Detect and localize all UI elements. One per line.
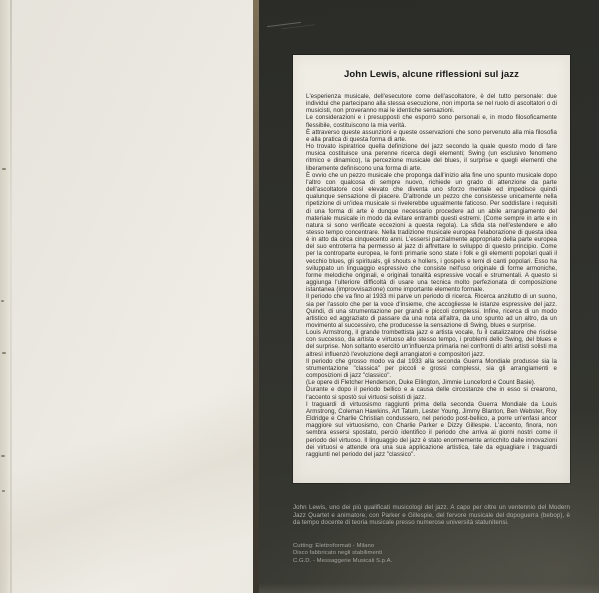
liner-notes-panel: John Lewis, alcune riflessioni sul jazz …	[293, 55, 570, 483]
gatefold-blank-page	[0, 0, 253, 593]
credit-line: Cutting: Elettroformati - Milano	[293, 543, 570, 550]
liner-notes-paragraph: Le considerazioni e i presupposti che es…	[306, 114, 557, 128]
liner-notes-body: L'esperienza musicale, dell'esecutore co…	[306, 93, 557, 458]
cover-bottom-highlight	[259, 583, 599, 593]
liner-notes-paragraph: È attraverso queste assunzioni e queste …	[306, 129, 557, 143]
cover-scratch-mark	[267, 22, 301, 27]
page-edge-marks	[2, 168, 6, 170]
page-light-sheen	[0, 330, 253, 593]
production-credits: Cutting: Elettroformati - MilanoDisco fa…	[293, 543, 570, 565]
liner-notes-title: John Lewis, alcune riflessioni sul jazz	[306, 69, 557, 80]
page-edge-marks	[1, 300, 4, 302]
album-back-cover-photo: John Lewis, alcune riflessioni sul jazz …	[0, 0, 599, 593]
liner-notes-paragraph: È ovvio che un pezzo musicale che propon…	[306, 172, 557, 294]
page-edge-marks	[2, 352, 6, 354]
liner-notes-paragraph: Il periodo che grosso modo va dal 1933 a…	[306, 358, 557, 379]
liner-notes-paragraph: I traguardi di virtuosismo raggiunti pri…	[306, 401, 557, 458]
author-bio-text: John Lewis, uno dei più qualificati musi…	[293, 504, 570, 527]
credit-line: C.G.D. - Messaggerie Musicali S.p.A.	[293, 558, 570, 565]
liner-notes-paragraph: Durante e dopo il periodo bellico e a ca…	[306, 386, 557, 400]
liner-notes-paragraph: (Le opere di Fletcher Henderson, Duke El…	[306, 379, 557, 386]
liner-notes-paragraph: Louis Armstrong, il grande trombettista …	[306, 329, 557, 358]
liner-notes-paragraph: L'esperienza musicale, dell'esecutore co…	[306, 93, 557, 114]
page-edge-marks	[1, 455, 5, 457]
liner-notes-paragraph: Ho trovato ispiratrice quella definizion…	[306, 143, 557, 172]
page-edge-marks	[2, 490, 5, 492]
liner-notes-paragraph: Il periodo che va fino al 1933 mi parve …	[306, 293, 557, 329]
credit-line: Disco fabbricato negli stabilimenti	[293, 550, 570, 557]
